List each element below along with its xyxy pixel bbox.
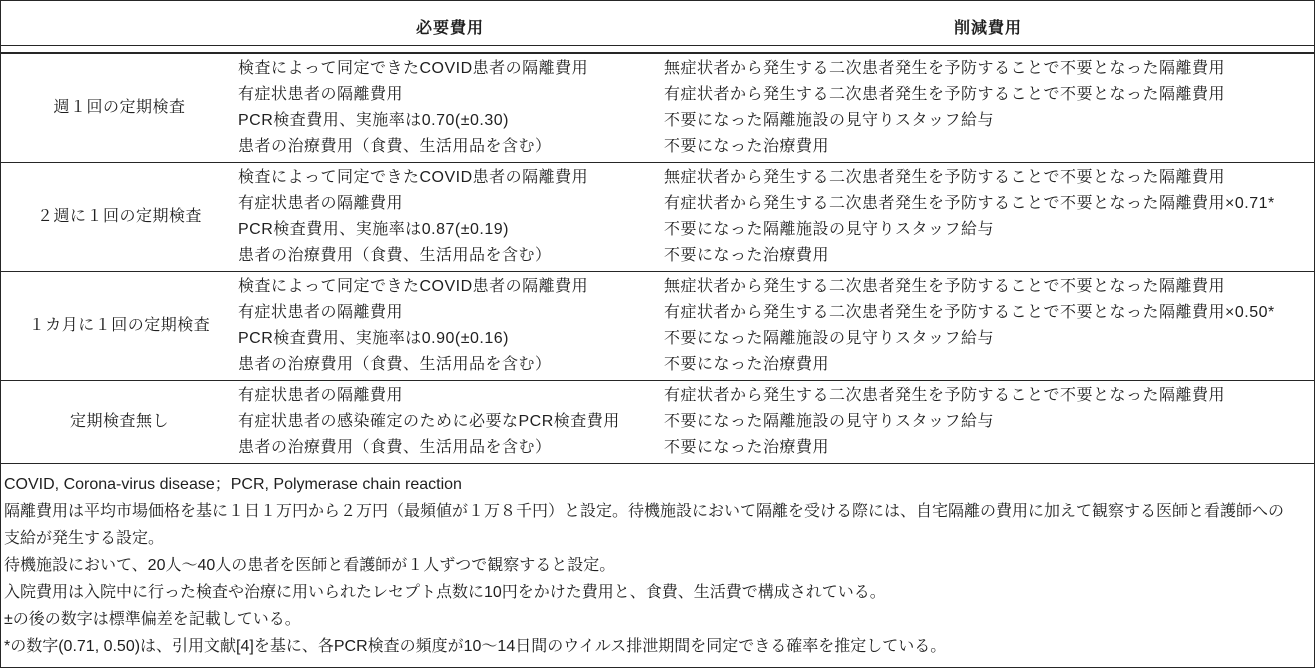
footnote-isolation-cost: 隔離費用は平均市場価格を基に１日１万円から２万円（最頻値が１万８千円）と設定。待… [4,498,1310,525]
row-label: ２週に１回の定期検査 [1,165,238,269]
cost-item: 有症状者から発生する二次患者発生を予防することで不要となった隔離費用 [662,383,1314,409]
cost-item: 不要になった隔離施設の見守りスタッフ給与 [662,409,1314,435]
header-necessary-costs: 必要費用 [238,9,662,38]
cost-item: 検査によって同定できたCOVID患者の隔離費用 [238,56,662,82]
table-row-weekly-testing: 週１回の定期検査 検査によって同定できたCOVID患者の隔離費用 有症状患者の隔… [1,54,1314,163]
cost-item: 有症状患者の隔離費用 [238,300,662,326]
table-header-row: 必要費用 削減費用 [1,1,1314,46]
cost-item: 有症状者から発生する二次患者発生を予防することで不要となった隔離費用×0.71* [662,191,1314,217]
cost-item: 患者の治療費用（食費、生活用品を含む） [238,134,662,160]
cost-item: 患者の治療費用（食費、生活用品を含む） [238,243,662,269]
necessary-costs-cell: 有症状患者の隔離費用 有症状患者の感染確定のために必要なPCR検査費用 患者の治… [238,383,662,461]
cost-item: 検査によって同定できたCOVID患者の隔離費用 [238,274,662,300]
footnote-isolation-cost-cont: 支給が発生する設定。 [4,525,1310,552]
cost-item: 有症状患者の感染確定のために必要なPCR検査費用 [238,409,662,435]
cost-item: 不要になった隔離施設の見守りスタッフ給与 [662,108,1314,134]
necessary-costs-cell: 検査によって同定できたCOVID患者の隔離費用 有症状患者の隔離費用 PCR検査… [238,274,662,378]
reduced-costs-cell: 有症状者から発生する二次患者発生を予防することで不要となった隔離費用 不要になっ… [662,383,1314,461]
footnote-standard-deviation: ±の後の数字は標準偏差を記載している。 [4,606,1310,633]
cost-item: 不要になった治療費用 [662,435,1314,461]
necessary-costs-cell: 検査によって同定できたCOVID患者の隔離費用 有症状患者の隔離費用 PCR検査… [238,56,662,160]
table-row-monthly-testing: １カ月に１回の定期検査 検査によって同定できたCOVID患者の隔離費用 有症状患… [1,272,1314,381]
row-label: 定期検査無し [1,383,238,461]
reduced-costs-cell: 無症状者から発生する二次患者発生を予防することで不要となった隔離費用 有症状者か… [662,274,1314,378]
row-label: 週１回の定期検査 [1,56,238,160]
cost-item: 不要になった隔離施設の見守りスタッフ給与 [662,326,1314,352]
cost-item: 不要になった治療費用 [662,243,1314,269]
cost-item: 無症状者から発生する二次患者発生を予防することで不要となった隔離費用 [662,56,1314,82]
cost-item: 患者の治療費用（食費、生活用品を含む） [238,352,662,378]
cost-item: 有症状患者の隔離費用 [238,191,662,217]
cost-item: PCR検査費用、実施率は0.87(±0.19) [238,217,662,243]
cost-item: PCR検査費用、実施率は0.90(±0.16) [238,326,662,352]
cost-item: 不要になった治療費用 [662,134,1314,160]
header-reduced-costs: 削減費用 [662,9,1314,38]
table-row-biweekly-testing: ２週に１回の定期検査 検査によって同定できたCOVID患者の隔離費用 有症状患者… [1,163,1314,272]
cost-item: 有症状者から発生する二次患者発生を予防することで不要となった隔離費用×0.50* [662,300,1314,326]
cost-item: 検査によって同定できたCOVID患者の隔離費用 [238,165,662,191]
reduced-costs-cell: 無症状者から発生する二次患者発生を予防することで不要となった隔離費用 有症状者か… [662,56,1314,160]
cost-item: 無症状者から発生する二次患者発生を予防することで不要となった隔離費用 [662,165,1314,191]
cost-item: PCR検査費用、実施率は0.70(±0.30) [238,108,662,134]
row-label: １カ月に１回の定期検査 [1,274,238,378]
cost-comparison-table: 必要費用 削減費用 週１回の定期検査 検査によって同定できたCOVID患者の隔離… [0,0,1315,668]
reduced-costs-cell: 無症状者から発生する二次患者発生を予防することで不要となった隔離費用 有症状者か… [662,165,1314,269]
footnote-abbreviations: COVID, Corona-virus disease；PCR, Polymer… [4,471,1310,498]
table-row-no-testing: 定期検査無し 有症状患者の隔離費用 有症状患者の感染確定のために必要なPCR検査… [1,381,1314,464]
cost-item: 不要になった治療費用 [662,352,1314,378]
cost-item: 有症状患者の隔離費用 [238,82,662,108]
cost-item: 不要になった隔離施設の見守りスタッフ給与 [662,217,1314,243]
cost-item: 無症状者から発生する二次患者発生を予防することで不要となった隔離費用 [662,274,1314,300]
header-double-rule [1,46,1314,54]
necessary-costs-cell: 検査によって同定できたCOVID患者の隔離費用 有症状患者の隔離費用 PCR検査… [238,165,662,269]
cost-item: 患者の治療費用（食費、生活用品を含む） [238,435,662,461]
footnote-hospitalization-cost: 入院費用は入院中に行った検査や治療に用いられたレセプト点数に10円をかけた費用と… [4,579,1310,606]
table-footnotes: COVID, Corona-virus disease；PCR, Polymer… [1,464,1314,667]
footnote-facility-staffing: 待機施設において、20人～40人の患者を医師と看護師が１人ずつで観察すると設定。 [4,552,1310,579]
footnote-asterisk-values: *の数字(0.71, 0.50)は、引用文献[4]を基に、各PCR検査の頻度が1… [4,633,1310,660]
cost-item: 有症状患者の隔離費用 [238,383,662,409]
cost-item: 有症状者から発生する二次患者発生を予防することで不要となった隔離費用 [662,82,1314,108]
